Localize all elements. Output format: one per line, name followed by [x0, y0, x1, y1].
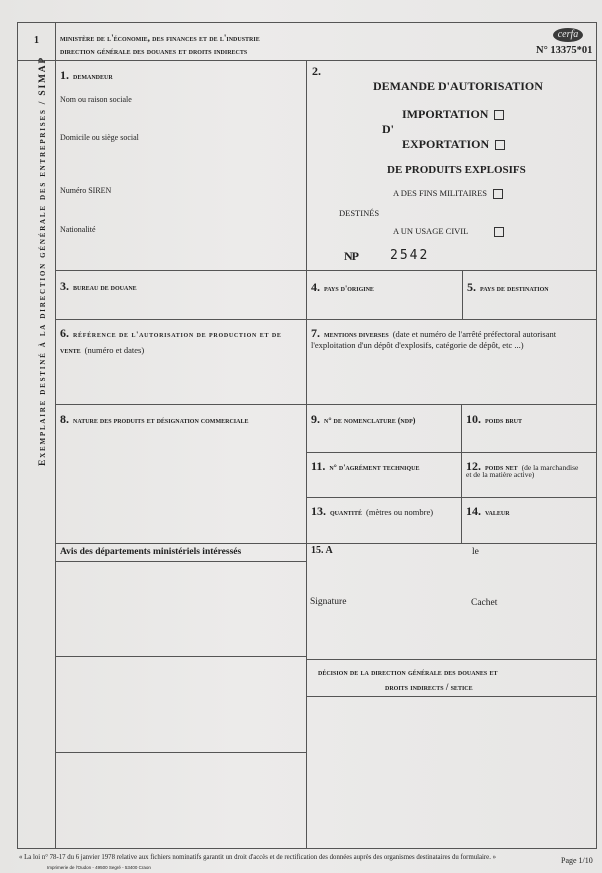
- row-line-8: [55, 404, 596, 405]
- section-11-number: 11.: [311, 459, 325, 473]
- civil-checkbox[interactable]: [494, 227, 504, 237]
- section-3-number: 3.: [60, 279, 69, 293]
- exportation-checkbox[interactable]: [495, 140, 505, 150]
- section-7-number: 7.: [311, 326, 320, 340]
- form-page: 1 Ministère de l'Économie, des Finances …: [0, 0, 602, 873]
- section-12-note-2: et de la matière active): [466, 470, 534, 479]
- importation-checkbox[interactable]: [494, 110, 504, 120]
- divider-4-5: [462, 270, 463, 320]
- importation-option[interactable]: IMPORTATION: [402, 107, 504, 122]
- exportation-label: EXPORTATION: [402, 137, 489, 151]
- section-6-label: Référence de l'autorisation de productio…: [73, 330, 282, 339]
- row-line-13: [306, 497, 596, 498]
- law-notice: « La loi n° 78-17 du 6 janvier 1978 rela…: [19, 854, 496, 861]
- stamp-number: 2542: [390, 248, 429, 263]
- section-4-number: 4.: [311, 280, 320, 294]
- cerfa-logo: cerfa: [553, 28, 583, 42]
- ministry-name: Ministère de l'Économie, des Finances et…: [60, 33, 260, 43]
- section-6-note: (numéro et dates): [85, 345, 144, 355]
- field-nationality[interactable]: Nationalité: [60, 225, 96, 234]
- military-label: A DES FINS MILITAIRES: [393, 188, 487, 198]
- prefix-d: D': [382, 122, 394, 137]
- section-4-label: Pays d'origine: [324, 284, 374, 293]
- section-1-number: 1.: [60, 68, 69, 82]
- page-number: Page 1/10: [561, 856, 593, 865]
- section-7-note-2: l'exploitation d'un dépôt d'explosifs, c…: [311, 340, 524, 350]
- divider-9-14: [461, 405, 462, 543]
- frame-right: [596, 22, 597, 849]
- request-title: DEMANDE D'AUTORISATION: [373, 79, 543, 94]
- exportation-option[interactable]: EXPORTATION: [402, 137, 505, 152]
- form-number: N° 13375*01: [536, 45, 592, 56]
- section-7-note: (date et numéro de l'arrêté préfectoral …: [393, 329, 556, 339]
- section-13-number: 13.: [311, 504, 326, 518]
- section-6-number: 6.: [60, 326, 69, 340]
- section-7-label: Mentions diverses: [324, 330, 389, 339]
- civil-label: A UN USAGE CIVIL: [393, 226, 468, 236]
- decision-title-2: droits indirects / SETICE: [385, 682, 473, 692]
- section-14-number: 14.: [466, 504, 481, 518]
- row-line-11: [306, 452, 596, 453]
- frame-left: [17, 22, 18, 849]
- field-siren[interactable]: Numéro SIREN: [60, 186, 111, 195]
- row-line-3: [55, 270, 596, 271]
- importation-label: IMPORTATION: [402, 107, 488, 121]
- signature-label[interactable]: Signature: [310, 597, 346, 607]
- avis-box-3[interactable]: [56, 753, 306, 848]
- section-1-title: 1. Demandeur: [60, 66, 113, 84]
- section-11-title[interactable]: 11. N° d'agrément technique: [311, 457, 419, 475]
- military-checkbox[interactable]: [493, 189, 503, 199]
- section-14-label: Valeur: [485, 508, 510, 517]
- section-15-place[interactable]: 15. A: [311, 545, 333, 556]
- section-9-number: 9.: [311, 412, 320, 426]
- section-5-number: 5.: [467, 280, 476, 294]
- decision-top-line: [306, 659, 596, 660]
- section-9-title[interactable]: 9. N° de nomenclature (NDP): [311, 410, 415, 428]
- civil-option[interactable]: A UN USAGE CIVIL: [393, 226, 504, 237]
- directorate-name: Direction générale des douanes et droits…: [60, 46, 247, 56]
- section-10-title[interactable]: 10. Poids brut: [466, 410, 522, 428]
- field-name[interactable]: Nom ou raison sociale: [60, 95, 132, 104]
- row-line-avis: [55, 543, 596, 544]
- products-title: DE PRODUITS EXPLOSIFS: [387, 164, 526, 176]
- avis-box-1[interactable]: [56, 562, 306, 656]
- frame-top: [17, 22, 597, 23]
- section-8-title[interactable]: 8. Nature des produits et désignation co…: [60, 410, 248, 428]
- section-5-title[interactable]: 5. Pays de destination: [467, 278, 549, 296]
- section-14-title[interactable]: 14. Valeur: [466, 502, 510, 520]
- section-13-note: (mètres ou nombre): [366, 507, 433, 517]
- section-1-label: Demandeur: [73, 71, 113, 81]
- stamp-prefix: NP: [344, 249, 358, 264]
- frame-bottom: [17, 848, 597, 849]
- section-3-title[interactable]: 3. Bureau de douane: [60, 277, 137, 295]
- decision-box[interactable]: [307, 697, 596, 848]
- section-13-title[interactable]: 13. Quantité (mètres ou nombre): [311, 502, 433, 520]
- section-8-label: Nature des produits et désignation comme…: [73, 416, 248, 425]
- row-line-6: [55, 319, 596, 320]
- header-divider: [17, 60, 597, 61]
- section-11-label: N° d'agrément technique: [329, 463, 419, 472]
- copy-number: 1: [34, 35, 39, 46]
- section-6-label-2: vente: [60, 346, 81, 355]
- section-8-number: 8.: [60, 412, 69, 426]
- destines-label: DESTINÉS: [339, 208, 379, 218]
- section-15-date-label[interactable]: le: [472, 547, 479, 557]
- section-9-label: N° de nomenclature (NDP): [324, 416, 415, 425]
- side-label: Exemplaire destiné à la direction généra…: [38, 56, 48, 466]
- decision-title-1: Décision de la direction générale des do…: [318, 667, 497, 677]
- section-4-title[interactable]: 4. Pays d'origine: [311, 278, 374, 296]
- section-13-label: Quantité: [330, 508, 362, 517]
- section-2-number: 2.: [312, 64, 321, 79]
- avis-box-2[interactable]: [56, 657, 306, 752]
- printer-info: Imprimerie de l'Oudon - 49500 Segré - 53…: [47, 865, 151, 870]
- cachet-label[interactable]: Cachet: [471, 598, 497, 608]
- avis-title: Avis des départements ministériels intér…: [60, 547, 241, 557]
- section-10-number: 10.: [466, 412, 481, 426]
- section-10-label: Poids brut: [485, 416, 522, 425]
- section-5-label: Pays de destination: [480, 284, 549, 293]
- section-6-subtitle: vente (numéro et dates): [60, 340, 144, 358]
- military-option[interactable]: A DES FINS MILITAIRES: [393, 188, 503, 199]
- field-address[interactable]: Domicile ou siège social: [60, 133, 139, 142]
- section-3-label: Bureau de douane: [73, 283, 137, 292]
